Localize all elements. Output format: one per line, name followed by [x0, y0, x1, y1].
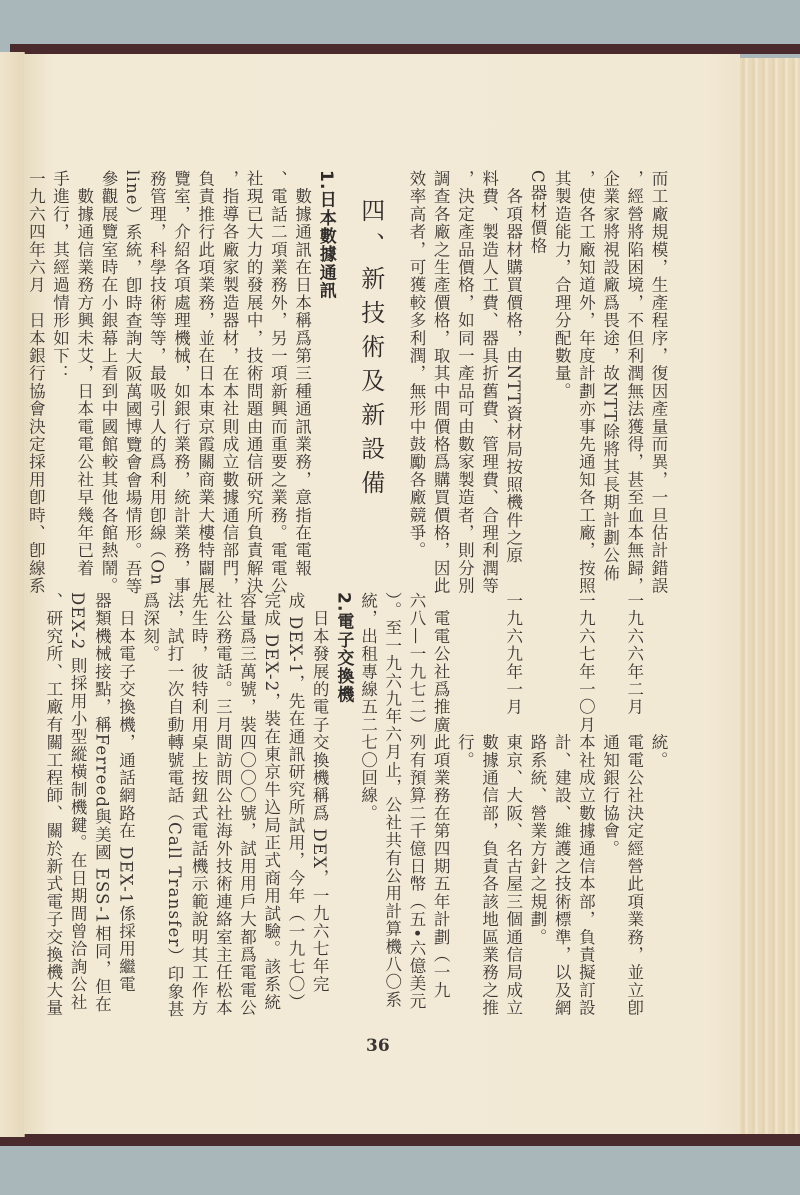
text-column: 完成 DEX-2，裝在東京牛込局正式商用試驗。該系統	[259, 592, 283, 1012]
text-column: 通知銀行協會。	[597, 592, 621, 1012]
text-column: ）。至一九六九年六月止，公社共有公用計算機八〇系	[380, 592, 404, 1012]
text-column: 成 DEX-1，先在通訊研究所試用，今年（一九七〇）	[283, 592, 307, 1012]
text-column: line）系統，卽時查詢大阪萬國博覽會會場情形。吾等	[120, 170, 144, 580]
book-cover-top-edge	[10, 44, 800, 54]
text-column: 統，出租專線五二七〇回線。	[355, 592, 379, 1012]
text-column: 數據通信業務方興未艾，日本電電公社早幾年已着	[72, 170, 96, 580]
text-column: 而工廠規模，生產程序，復因產量而異，一旦估計錯誤	[646, 170, 670, 580]
text-column: ，使各工廠知道外，年度計劃亦事先通知各工廠，按照	[573, 170, 597, 580]
text-column: 計、建設、維護之技術標準，以及網	[549, 592, 573, 1012]
text-column: 電電公社爲推廣此項業務在第四期五年計劃（一九	[428, 592, 452, 1012]
subheading-electronic-switching: 2.電子交換機	[331, 592, 355, 1012]
text-column: 參觀展覽室時在小銀幕上看到中國館較其他各館熱鬧。	[96, 170, 120, 580]
subsection-heading-c: C器材價格	[525, 170, 549, 580]
text-column: 日本發展的電子交換機稱爲 DEX，一九六七年完	[307, 592, 331, 1012]
text-column: 覽室，介紹各項處理機械，如銀行業務，統計業務，事	[168, 170, 192, 580]
text-column: DEX-2 則採用小型縱橫制機鍵。在日期間曾洽詢公社	[65, 592, 89, 1012]
timeline-entry: 一九六六年二月 電電公社決定經營此項業務，並立卽	[622, 592, 646, 1012]
bottom-tier-text: 統。 一九六六年二月 電電公社決定經營此項業務，並立卽 通知銀行協會。 一九六七…	[41, 592, 670, 1012]
text-column: 器類機械接點，稱Ferreed與美國 ESS-1相同，但在	[89, 592, 113, 1012]
subheading-japan-data-communication: 1.日本數據通訊	[314, 170, 338, 580]
left-page-edge	[0, 52, 25, 1137]
text-column: 料費、製造人工費、器具折舊費、管理費、合理利潤等	[476, 170, 500, 580]
text-column: ，經營將陷困境，不但利潤無法獲得，甚至血本無歸，	[622, 170, 646, 580]
text-column: 社公務電話。三月間訪問公社海外技術連絡室主任松本	[210, 592, 234, 1012]
text-column: 容量爲三萬號，裝四〇〇〇號，試用用戶大都爲電電公	[234, 592, 258, 1012]
text-column: 、電話二項業務外，另一項新興而重要之業務。電電公	[265, 170, 289, 580]
text-column: 務管理，科學技術等等，最吸引人的爲利用卽線（On	[144, 170, 168, 580]
text-column: 先生時，彼特利用桌上按鈕式電話機示範說明其工作方	[186, 592, 210, 1012]
text-column: 企業家將視設廠爲畏途，故NTT除將其長期計劃公佈	[597, 170, 621, 580]
text-column: 負責推行此項業務，並在日本東京霞關商業大樓特闢展	[193, 170, 217, 580]
text-column: 法，試打一次自動轉號電話（Call Transfer）印象甚	[162, 592, 186, 1012]
text-column: 社現已大力的發展中，技術問題由通信研究所負責解決	[241, 170, 265, 580]
text-column: 調查各廠之生產價格，取其中間價格爲購買價格，因此	[428, 170, 452, 580]
text-column: 一九六四年六月 日本銀行協會決定採用卽時、卽線系	[23, 170, 47, 580]
section-title: 四、新技術及新設備	[356, 198, 386, 580]
text-column: 六八—一九七二）列有預算二千億日幣（五•六億美元	[404, 592, 428, 1012]
text-column: 各項器材購買價格，由NTT資材局按照機件之原	[501, 170, 525, 580]
text-column: ，決定產品價格，如同一產品可由數家製造者，則分別	[452, 170, 476, 580]
text-column: 行。	[452, 592, 476, 1012]
timeline-entry: 一九六七年一〇月本社成立數據通信本部，負責擬訂設	[573, 592, 597, 1012]
timeline-entry: 一九六九年一月 東京、大阪、名古屋三個通信局成立	[501, 592, 525, 1012]
text-column: 路系統、營業方針之規劃。	[525, 592, 549, 1012]
text-column: 其製造能力，合理分配數量。	[549, 170, 573, 580]
top-tier-text: 而工廠規模，生產程序，復因產量而異，一旦估計錯誤 ，經營將陷困境，不但利潤無法獲…	[23, 170, 670, 580]
text-column: 數據通訊在日本稱爲第三種通訊業務，意指在電報	[289, 170, 313, 580]
page-number: 36	[366, 1036, 390, 1056]
text-column: 數據通信部，負責各該地區業務之推	[476, 592, 500, 1012]
text-column: 、研究所、工廠有關工程師、關於新式電子交換機大量	[41, 592, 65, 1012]
text-column: 日本電子交換機，通話網路在 DEX-1係採用繼電	[113, 592, 137, 1012]
text-column: ，指導各廠家製造器材，在本社則成立數據通信部門，	[217, 170, 241, 580]
text-column: 爲深刻。	[138, 592, 162, 1012]
page-stack-edges	[740, 58, 800, 1134]
text-column: 手進行，其經過情形如下：	[47, 170, 71, 580]
text-column: 效率高者，可獲較多利潤，無形中鼓勵各廠競爭。	[404, 170, 428, 580]
text-column: 統。	[646, 592, 670, 1012]
book-cover-bottom-edge	[0, 1132, 800, 1146]
